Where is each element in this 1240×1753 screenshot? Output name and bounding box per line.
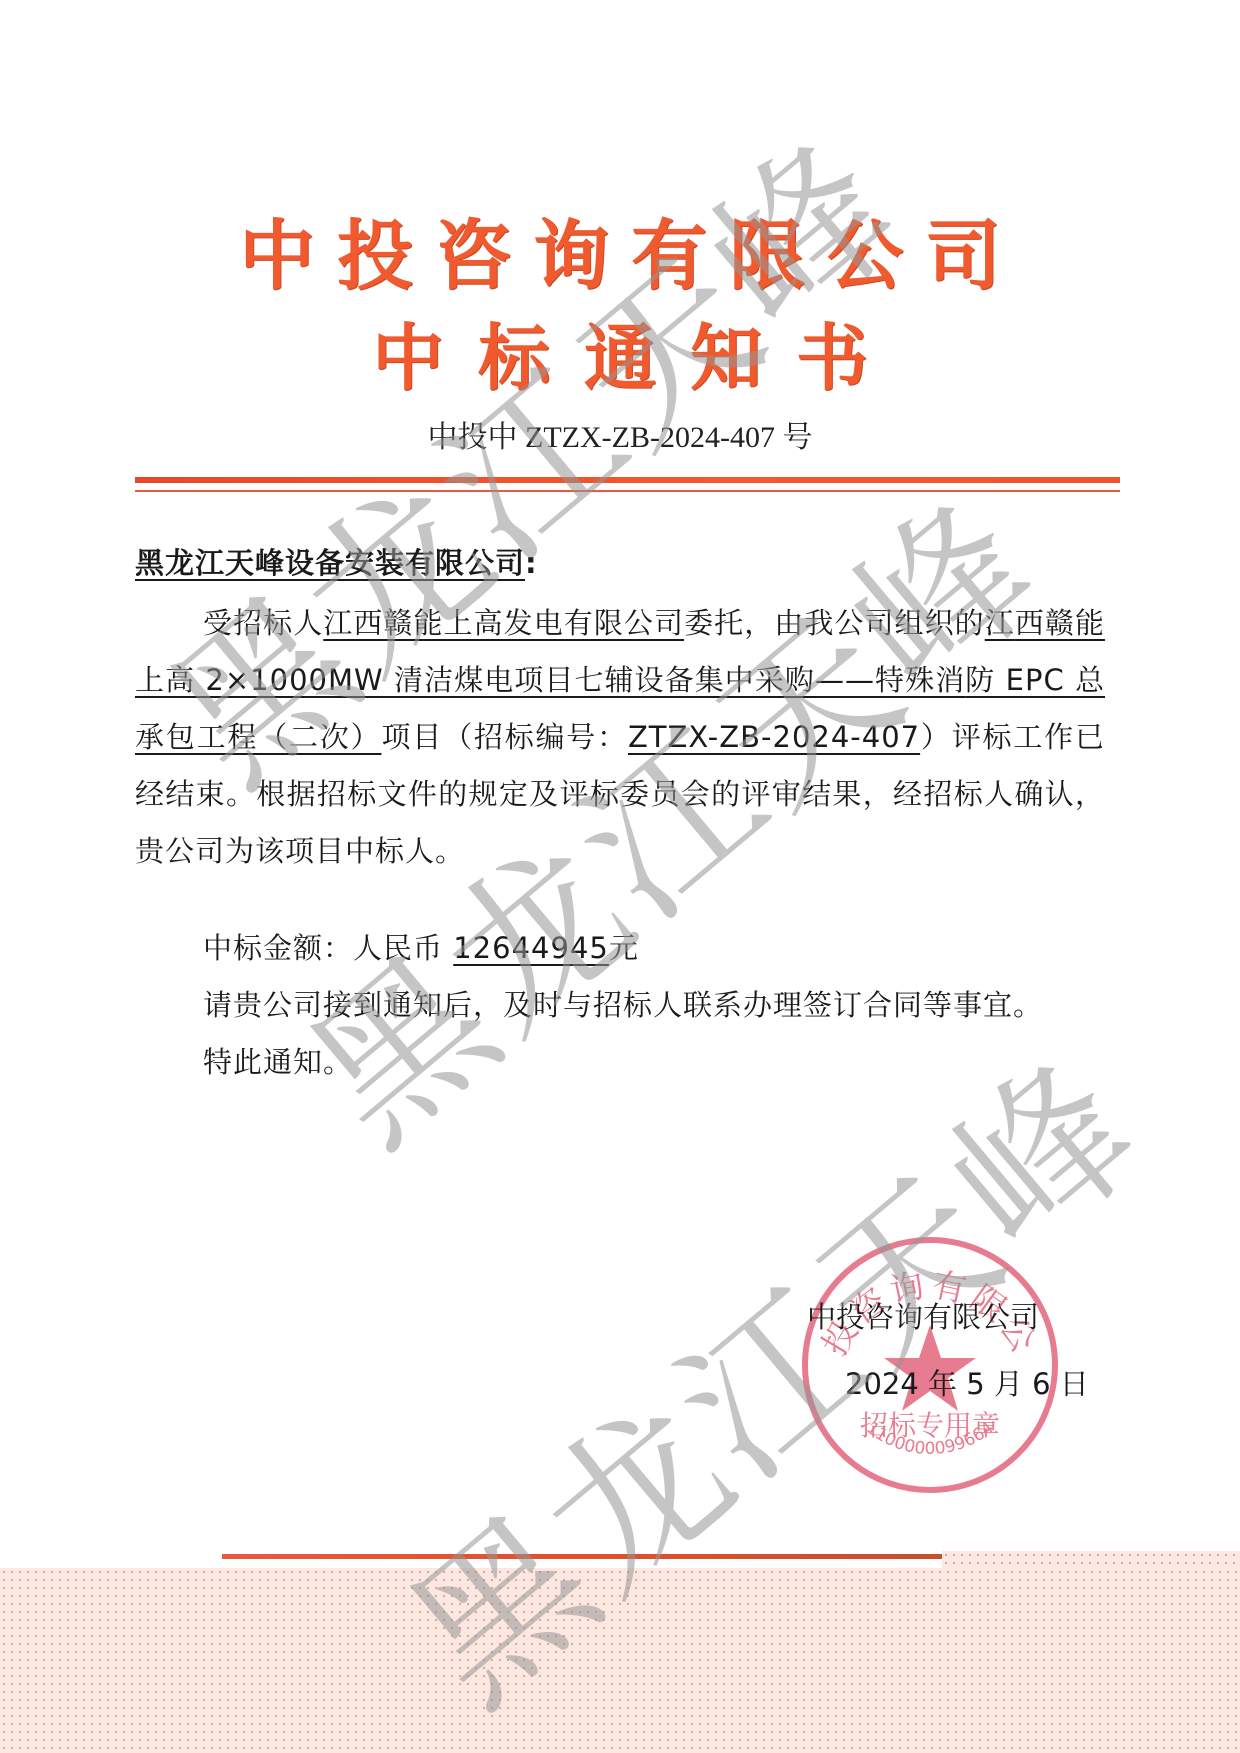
addressee: 黑龙江天峰设备安装有限公司:	[135, 535, 1105, 592]
header-rule-thin	[135, 490, 1120, 492]
document-title: 中标通知书	[0, 300, 1240, 404]
tender-code: ZTZX-ZB-2024-407	[628, 720, 920, 754]
award-amount: 中标金额：人民币 12644945元	[135, 920, 1173, 977]
award-amount-value: 12644945	[453, 931, 609, 965]
notice-paragraph: 受招标人江西赣能上高发电有限公司委托，由我公司组织的江西赣能上高 2×1000M…	[135, 595, 1105, 880]
footer-pattern	[0, 1568, 1240, 1753]
closing-remark: 特此通知。	[135, 1034, 1173, 1091]
company-title: 中投咨询有限公司	[0, 195, 1240, 304]
contract-request: 请贵公司接到通知后，及时与招标人联系办理签订合同等事宜。	[135, 977, 1173, 1034]
tenderer-name: 江西赣能上高发电有限公司	[323, 606, 684, 640]
signature-date: 2024 年 5 月 6 日	[845, 1362, 1089, 1403]
signature-company: 中投咨询有限公司	[807, 1295, 1039, 1336]
document-page: 中投咨询有限公司 中标通知书 中投中 ZTZX-ZB-2024-407 号 黑龙…	[0, 0, 1240, 1753]
addressee-name: 黑龙江天峰设备安装有限公司	[135, 546, 525, 580]
footer-pattern	[942, 1551, 1240, 1568]
reference-number: 中投中 ZTZX-ZB-2024-407 号	[0, 412, 1240, 456]
footer-rule	[222, 1554, 942, 1559]
header-rule-thick	[135, 477, 1120, 483]
